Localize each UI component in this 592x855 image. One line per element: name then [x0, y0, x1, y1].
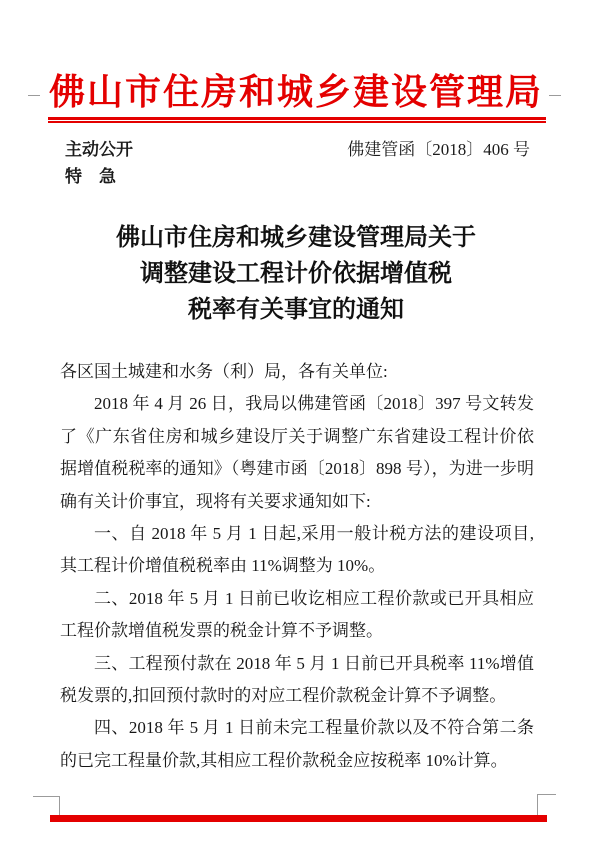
- paragraph-item-4: 四、2018 年 5 月 1 日前未完工程量价款以及不符合第二条的已完工程量价款…: [60, 712, 534, 777]
- paragraph-item-3: 三、工程预付款在 2018 年 5 月 1 日前已开具税率 11%增值税发票的,…: [60, 648, 534, 713]
- paragraph-intro: 2018 年 4 月 26 日，我局以佛建管函〔2018〕397 号文转发了《广…: [60, 388, 534, 518]
- urgency-label: 特 急: [65, 162, 116, 187]
- notice-title-line-2: 调整建设工程计价依据增值税: [0, 256, 592, 292]
- margin-mark-bottom-left-h-icon: [33, 796, 59, 797]
- notice-title-line-1: 佛山市住房和城乡建设管理局关于: [0, 220, 592, 256]
- margin-mark-bottom-left-v-icon: [59, 796, 60, 816]
- notice-title: 佛山市住房和城乡建设管理局关于 调整建设工程计价依据增值税 税率有关事宜的通知: [0, 220, 592, 328]
- meta-row: 主动公开 佛建管函〔2018〕406 号: [65, 135, 530, 160]
- letterhead-agency-name: 佛山市住房和城乡建设管理局: [0, 64, 592, 115]
- separator-rule-thin-line: [48, 121, 546, 123]
- notice-title-line-3: 税率有关事宜的通知: [0, 292, 592, 328]
- document-page: 佛山市住房和城乡建设管理局 主动公开 佛建管函〔2018〕406 号 特 急 佛…: [0, 0, 592, 855]
- letterhead-separator-rule: [48, 117, 546, 123]
- document-number: 佛建管函〔2018〕406 号: [347, 135, 530, 160]
- separator-rule-thick-line: [48, 117, 546, 120]
- paragraph-item-1: 一、自 2018 年 5 月 1 日起,采用一般计税方法的建设项目,其工程计价增…: [60, 518, 534, 583]
- disclosure-label: 主动公开: [65, 135, 133, 160]
- margin-mark-bottom-right-v-icon: [537, 794, 538, 816]
- notice-body: 各区国土城建和水务（利）局，各有关单位: 2018 年 4 月 26 日，我局以…: [60, 356, 534, 777]
- paragraph-item-2: 二、2018 年 5 月 1 日前已收讫相应工程价款或已开具相应工程价款增值税发…: [60, 583, 534, 648]
- page-bottom-rule: [50, 815, 547, 822]
- salutation: 各区国土城建和水务（利）局，各有关单位:: [60, 356, 534, 388]
- margin-mark-bottom-right-h-icon: [537, 794, 556, 795]
